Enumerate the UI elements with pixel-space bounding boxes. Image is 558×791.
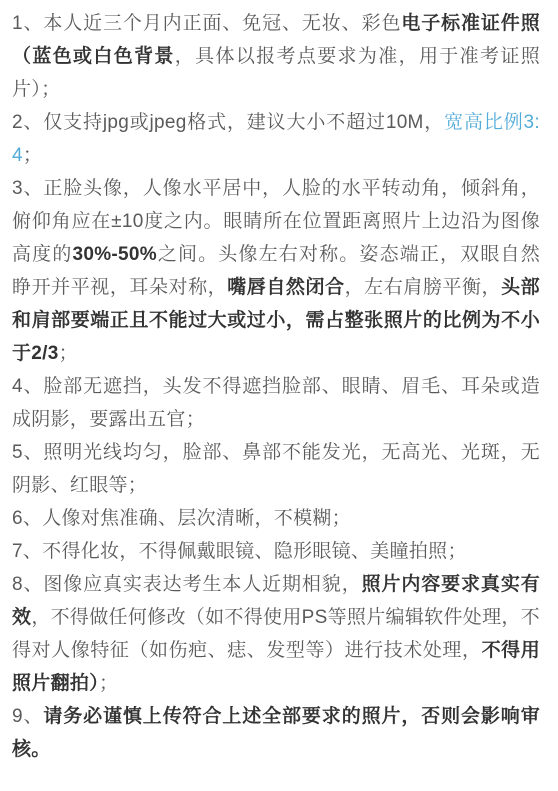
requirement-text: ； bbox=[59, 343, 78, 364]
photo-requirements-list: 1、本人近三个月内正面、免冠、无妆、彩色电子标准证件照（蓝色或白色背景，具体以报… bbox=[12, 7, 540, 766]
requirement-text: ，左右肩膀平衡， bbox=[345, 277, 502, 298]
requirement-item-2: 2、仅支持jpg或jpeg格式，建议大小不超过10M，宽高比例3:4； bbox=[12, 106, 540, 172]
requirement-item-6: 6、人像对焦准确、层次清晰，不模糊； bbox=[12, 502, 540, 535]
requirement-item-9: 9、请务必谨慎上传符合上述全部要求的照片，否则会影响审核。 bbox=[12, 700, 540, 766]
requirement-emphasis: 30%-50% bbox=[72, 244, 156, 265]
requirement-text: ，不得做任何修改（如不得使用PS等照片编辑软件处理，不得对人像特征（如伤疤、痣、… bbox=[12, 607, 540, 661]
requirement-item-5: 5、照明光线均匀，脸部、鼻部不能发光，无高光、光斑，无阴影、红眼等； bbox=[12, 436, 540, 502]
requirement-emphasis: 请务必谨慎上传符合上述全部要求的照片，否则会影响审核。 bbox=[12, 706, 540, 760]
photo-requirements-document: 1、本人近三个月内正面、免冠、无妆、彩色电子标准证件照（蓝色或白色背景，具体以报… bbox=[0, 0, 558, 766]
requirement-item-7: 7、不得化妆，不得佩戴眼镜、隐形眼镜、美瞳拍照； bbox=[12, 535, 540, 568]
requirement-text: ； bbox=[99, 673, 118, 694]
requirement-text: 6、人像对焦准确、层次清晰，不模糊； bbox=[12, 508, 351, 529]
requirement-item-3: 3、正脸头像，人像水平居中，人脸的水平转动角，倾斜角，俯仰角应在±10度之内。眼… bbox=[12, 172, 540, 370]
requirement-text: 5、照明光线均匀，脸部、鼻部不能发光，无高光、光斑，无阴影、红眼等； bbox=[12, 442, 540, 496]
requirement-text: ； bbox=[23, 145, 42, 166]
requirement-item-1: 1、本人近三个月内正面、免冠、无妆、彩色电子标准证件照（蓝色或白色背景，具体以报… bbox=[12, 7, 540, 106]
requirement-text: 7、不得化妆，不得佩戴眼镜、隐形眼镜、美瞳拍照； bbox=[12, 541, 467, 562]
requirement-item-4: 4、脸部无遮挡，头发不得遮挡脸部、眼睛、眉毛、耳朵或造成阴影，要露出五官； bbox=[12, 370, 540, 436]
requirement-item-8: 8、图像应真实表达考生本人近期相貌，照片内容要求真实有效，不得做任何修改（如不得… bbox=[12, 568, 540, 700]
requirement-emphasis: 嘴唇自然闭合 bbox=[227, 277, 344, 298]
requirement-text: 8、图像应真实表达考生本人近期相貌， bbox=[12, 574, 362, 595]
requirement-text: 2、仅支持jpg或jpeg格式，建议大小不超过10M， bbox=[12, 112, 444, 133]
requirement-text: 1、本人近三个月内正面、免冠、无妆、彩色 bbox=[12, 13, 401, 34]
requirement-text: 4、脸部无遮挡，头发不得遮挡脸部、眼睛、眉毛、耳朵或造成阴影，要露出五官； bbox=[12, 376, 540, 430]
requirement-text: 9、 bbox=[12, 706, 43, 727]
